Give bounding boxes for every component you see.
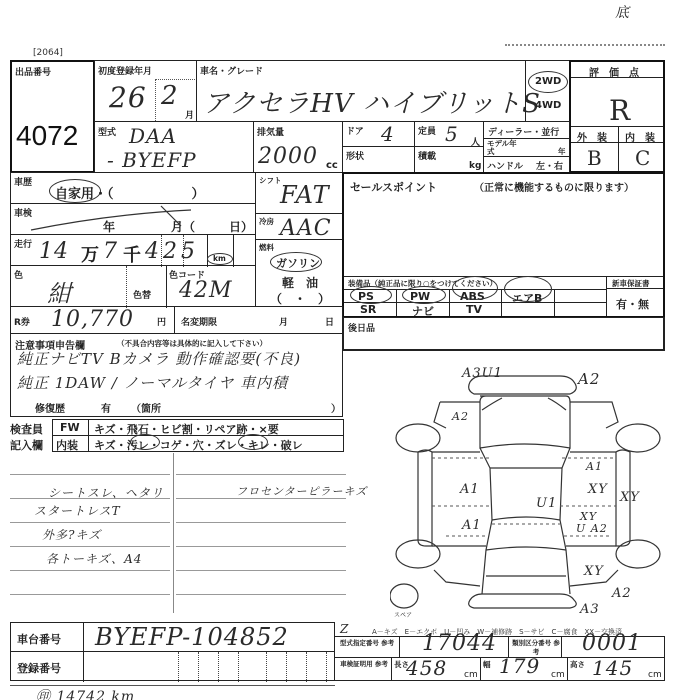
drive-4wd: 4WD: [535, 100, 561, 111]
recycle-label: R券: [14, 315, 30, 328]
width-box: 幅 179 cm: [480, 657, 568, 681]
inspector-note-1: シートスレ、ヘタリ: [48, 484, 164, 501]
dealer-box: ディーラー・並行: [483, 121, 570, 139]
equip-sr: SR: [360, 303, 376, 316]
doors-box: ドア 4: [342, 121, 415, 147]
displacement-unit: cc: [326, 160, 338, 171]
model-type-line2: - BYEFP: [107, 148, 197, 172]
equip-tv: TV: [466, 303, 482, 316]
car-name-label: 車名・グレード: [200, 64, 263, 77]
aircon-value: AAC: [280, 216, 332, 241]
inspector-note-3: 外多?キズ: [42, 526, 101, 543]
circle-airbag: [504, 276, 552, 302]
first-reg-month: 2: [161, 81, 179, 111]
notes-line1: 純正ナビTV Bカメラ 動作確認要(不良): [17, 348, 301, 369]
circle-shift: [238, 434, 268, 450]
color-change-label: 色替: [133, 288, 151, 301]
circle-stain: [130, 434, 160, 450]
mark-door-right-a1: A1: [586, 460, 603, 473]
length-unit: cm: [464, 670, 478, 680]
mark-front-left: A3U1: [462, 366, 503, 381]
cert-box: 車検証明用 参考: [334, 657, 392, 681]
first-reg-year: 26: [109, 81, 147, 114]
sales-point-label: セールスポイント: [350, 179, 437, 195]
notes-line2: 純正 1DAW / ノーマルタイヤ 車内積: [17, 372, 288, 393]
shaken-box: 車検 年 月（ 日）: [10, 203, 256, 235]
mileage-rest: 425: [145, 239, 199, 264]
capacity-label: 定員: [418, 124, 436, 137]
mileage-man-unit: 万: [81, 241, 99, 267]
shaken-strike-icon: [11, 204, 257, 236]
sales-point-box: セールスポイント （正常に機能するものに限ります） 装備品（純正品に限り○をつけ…: [342, 172, 665, 318]
history-box: 車歴 自家用・（ ）: [10, 172, 256, 204]
later-items-box: 後日品: [342, 317, 665, 351]
lot-label: 出品番号: [15, 65, 51, 78]
width-unit: cm: [551, 670, 565, 680]
shape-box: 形状: [342, 146, 415, 173]
interior-check-label: 内装: [56, 437, 78, 453]
mark-fender-left: A2: [452, 410, 469, 423]
type-designation-value: 17044: [422, 631, 497, 656]
mark-front-right: A2: [578, 370, 600, 388]
inspector-label-2: 記入欄: [10, 437, 43, 453]
inspector-note-right-1: フロセンターピラーキズ: [236, 483, 367, 499]
inspector-note-2: スタートレスT: [34, 502, 121, 519]
mark-rear-right-a2: A2: [612, 586, 632, 601]
later-items-label: 後日品: [348, 321, 375, 334]
shift-label: シフト: [259, 175, 282, 186]
drive-2wd: 2WD: [535, 76, 561, 87]
mark-rear-bumper: A3: [580, 602, 600, 617]
interior-check-items: キズ・汚レ・コゲ・穴・ズレ・キレ・破レ: [94, 437, 303, 453]
capacity-value: 5: [445, 122, 459, 146]
inspector-note-4: 各トーキズ、A4: [46, 550, 142, 567]
fuel-selected: ガソリン: [276, 255, 320, 271]
chassis-label: 車台番号: [17, 631, 61, 647]
fuel-option3: （ ・ ）: [270, 290, 330, 307]
notes-box: 注意事項申告欄 （不具合内容等は具体的に記入して下さい） 純正ナビTV Bカメラ…: [10, 333, 343, 417]
category-value: 0001: [582, 631, 642, 656]
name-change-label: 名変期限: [181, 315, 217, 328]
first-reg-label: 初度登録年月: [98, 64, 152, 77]
fuel-label: 燃料: [259, 242, 274, 253]
repair-value: 有: [101, 400, 111, 415]
aircon-box: 冷房 AAC: [255, 213, 343, 240]
mileage-sen: 7: [103, 239, 118, 264]
color-box: 色 紺 色替 色コード 42M: [10, 265, 256, 307]
ref-number: [2064]: [33, 48, 63, 58]
capacity-box: 定員 5 人: [414, 121, 484, 147]
load-unit: kg: [469, 161, 481, 171]
width-label: 幅: [483, 659, 491, 670]
mark-roof: U1: [536, 496, 557, 511]
color-value: 紺: [47, 274, 72, 309]
mark-door-right-xy: XY: [588, 482, 608, 497]
displacement-value: 2000: [258, 144, 318, 169]
corner-mark: 底: [615, 2, 630, 22]
lot-number: 4072: [16, 120, 78, 152]
score-value: R: [609, 94, 631, 127]
model-year-label: モデル年式: [487, 140, 517, 156]
notes-divider: [173, 453, 174, 613]
recycle-value: 10,770: [51, 307, 134, 332]
color-code-value: 42M: [179, 278, 233, 303]
sales-point-note: （正常に機能するものに限ります）: [474, 179, 634, 194]
faded-header-marks: [505, 44, 665, 52]
mileage-label: 走行: [14, 237, 32, 250]
mileage-sen-unit: 千: [123, 241, 141, 267]
spare-label: スペア: [394, 610, 412, 619]
chassis-box: 車台番号 BYEFP-104852: [10, 622, 335, 652]
model-year-box: モデル年式 年: [483, 138, 570, 157]
model-type-box: 型式 DAA - BYEFP: [94, 121, 254, 173]
height-unit: cm: [648, 670, 662, 680]
footer-note: ㊞ 14742 km: [36, 686, 135, 700]
doors-value: 4: [381, 122, 395, 146]
load-box: 積載 kg: [414, 146, 484, 173]
drive-box: 2WD 4WD: [525, 60, 570, 122]
type-designation-value-box: 17044: [399, 636, 509, 658]
legend-mark: Z: [340, 622, 349, 636]
mark-door-left-rear: A1: [462, 518, 482, 533]
recycle-unit: 円: [157, 315, 166, 328]
month-unit: 月: [185, 108, 194, 121]
interior-value: C: [635, 146, 651, 170]
height-label: 高さ: [570, 659, 585, 670]
name-change-box: 名変期限 月 日: [174, 306, 343, 334]
history-value: 自家用・（ ）: [55, 183, 205, 202]
dealer-label: ディーラー・並行: [488, 125, 559, 138]
exterior-value: B: [587, 146, 603, 170]
chassis-value: BYEFP-104852: [95, 623, 289, 651]
mileage-man: 14: [39, 239, 69, 264]
mileage-box: 走行 14 万 7 千 425 km: [10, 234, 256, 266]
registration-label: 登録番号: [17, 660, 61, 676]
history-label: 車歴: [14, 175, 32, 188]
handle-options: 左・右: [536, 159, 563, 172]
repair-label: 修復歴: [35, 400, 65, 415]
type-designation-label: 型式指定番号 参考: [337, 639, 397, 648]
recycle-box: R券 10,770 円: [10, 306, 175, 334]
inspector-label-1: 検査員: [10, 421, 43, 437]
mark-side-right-xy: XY: [620, 490, 640, 505]
mark-quarter-right-xy: XY: [584, 564, 604, 579]
height-value: 145: [592, 656, 633, 680]
displacement-box: 排気量 2000 cc: [253, 121, 343, 173]
repair-close: ）: [331, 400, 341, 415]
model-type-label: 型式: [98, 125, 116, 138]
car-name-box: 車名・グレード アクセラHV ハイブリットS: [196, 60, 526, 122]
warranty-value: 有・無: [616, 296, 649, 312]
fuel-option2: 軽 油: [282, 274, 318, 291]
aircon-label: 冷房: [259, 216, 274, 227]
shape-label: 形状: [346, 149, 364, 162]
repair-place: （箇所: [131, 400, 161, 415]
length-value: 458: [406, 656, 447, 680]
handle-label: ハンドル: [487, 159, 523, 172]
circle-ps: [350, 286, 392, 304]
displacement-label: 排気量: [257, 125, 284, 138]
shift-value: FAT: [280, 181, 330, 209]
inspector-block: 検査員 記入欄 FW キズ・飛石・ヒビ割・リペア跡・×要 内装 キズ・汚レ・コゲ…: [10, 419, 344, 453]
name-change-day: 日: [325, 315, 334, 328]
shift-box: シフト FAT: [255, 172, 343, 214]
mark-rear-door-right-ua2: U A2: [576, 522, 608, 535]
registration-box: 登録番号: [10, 651, 335, 681]
length-box: 長さ 458 cm: [391, 657, 481, 681]
car-diagram: [390, 350, 700, 620]
model-type-line1: DAA: [129, 124, 177, 148]
mark-door-left-front: A1: [460, 482, 480, 497]
lot-box: 出品番号 4072: [10, 60, 95, 173]
car-name-value: アクセラHV ハイブリットS: [203, 83, 541, 120]
handle-box: ハンドル 左・右: [483, 156, 570, 173]
type-designation-box: 型式指定番号 参考: [334, 636, 400, 658]
height-box: 高さ 145 cm: [567, 657, 665, 681]
name-change-month: 月: [279, 315, 288, 328]
load-label: 積載: [418, 149, 436, 162]
width-value: 179: [499, 654, 540, 678]
first-reg-box: 初度登録年月 26 2 月: [94, 60, 197, 122]
mileage-unit: km: [213, 254, 226, 263]
circle-abs: [452, 276, 498, 300]
category-value-box: 0001: [561, 636, 665, 658]
score-box: 評 価 点 R 外 装 内 装 B C: [569, 60, 665, 173]
circle-pw: [402, 286, 446, 304]
color-label: 色: [14, 268, 23, 281]
fw-label: FW: [60, 421, 80, 434]
fuel-box: 燃料 ガソリン 軽 油 （ ・ ）: [255, 239, 343, 307]
doors-label: ドア: [346, 124, 364, 137]
cert-label: 車検証明用 参考: [337, 660, 391, 669]
